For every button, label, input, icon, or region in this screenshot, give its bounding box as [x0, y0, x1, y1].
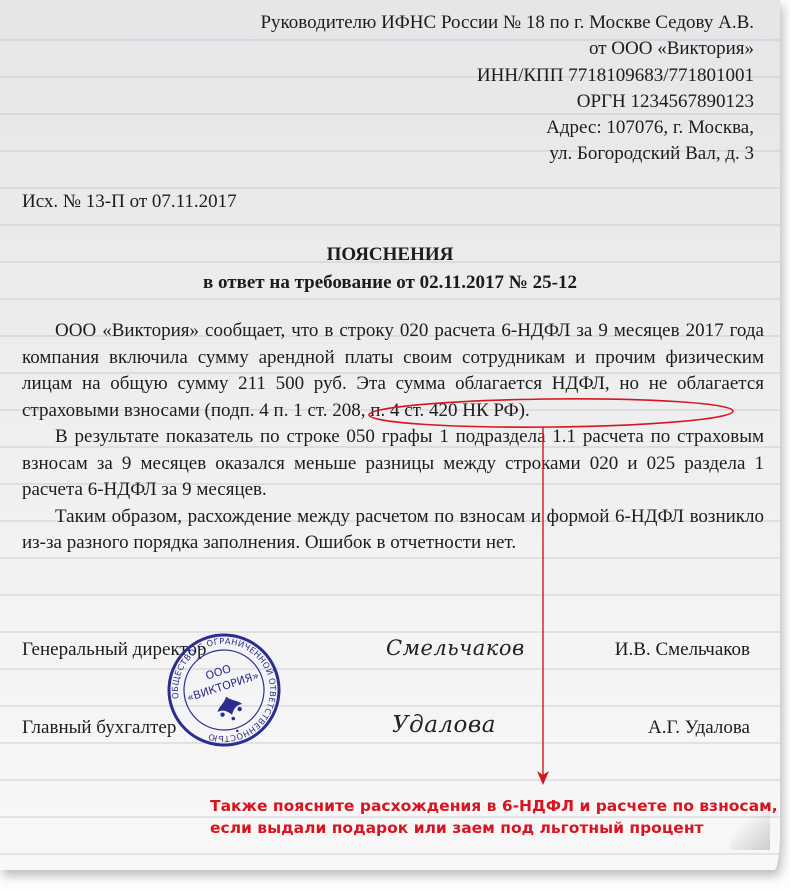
- annotation-line-1: Также поясните расхождения в 6-НДФЛ и ра…: [210, 795, 778, 817]
- annotation-line-2: если выдали подарок или заем под льготны…: [210, 817, 778, 839]
- document-title: ПОЯСНЕНИЯ: [0, 244, 780, 266]
- paragraph-1: ООО «Виктория» сообщает, что в строку 02…: [22, 318, 764, 424]
- highlighted-reference: (подп. 4 п. 1 ст. 208, п. 4 ст. 420 НК Р…: [205, 400, 530, 421]
- paragraph-3: Таким образом, расхождение между расчето…: [22, 504, 764, 557]
- addressee-block: Руководителю ИФНС России № 18 по г. Моск…: [260, 10, 754, 168]
- paragraph-2: В результате показатель по строке 050 гр…: [22, 424, 764, 504]
- addressee-line: ИНН/КПП 7718109683/771801001: [260, 63, 754, 89]
- name-accountant: А.Г. Удалова: [648, 717, 750, 739]
- position-director: Генеральный директор: [22, 639, 206, 661]
- document-sheet: Руководителю ИФНС России № 18 по г. Моск…: [0, 0, 780, 870]
- addressee-line: Руководителю ИФНС России № 18 по г. Моск…: [260, 10, 754, 36]
- addressee-line: ОРГН 1234567890123: [260, 89, 754, 115]
- addressee-line: ул. Богородский Вал, д. 3: [260, 141, 754, 167]
- annotation-note: Также поясните расхождения в 6-НДФЛ и ра…: [210, 795, 778, 839]
- outgoing-reference: Исх. № 13-П от 07.11.2017: [22, 191, 237, 213]
- document-subtitle: в ответ на требование от 02.11.2017 № 25…: [0, 272, 780, 294]
- addressee-line: Адрес: 107076, г. Москва,: [260, 115, 754, 141]
- signature-director: Смельчаков: [386, 636, 525, 660]
- document-body: ООО «Виктория» сообщает, что в строку 02…: [22, 318, 764, 557]
- signature-accountant: Удалова: [392, 712, 496, 738]
- position-accountant: Главный бухгалтер: [22, 717, 176, 739]
- addressee-line: от ООО «Виктория»: [260, 36, 754, 62]
- name-director: И.В. Смельчаков: [615, 639, 750, 661]
